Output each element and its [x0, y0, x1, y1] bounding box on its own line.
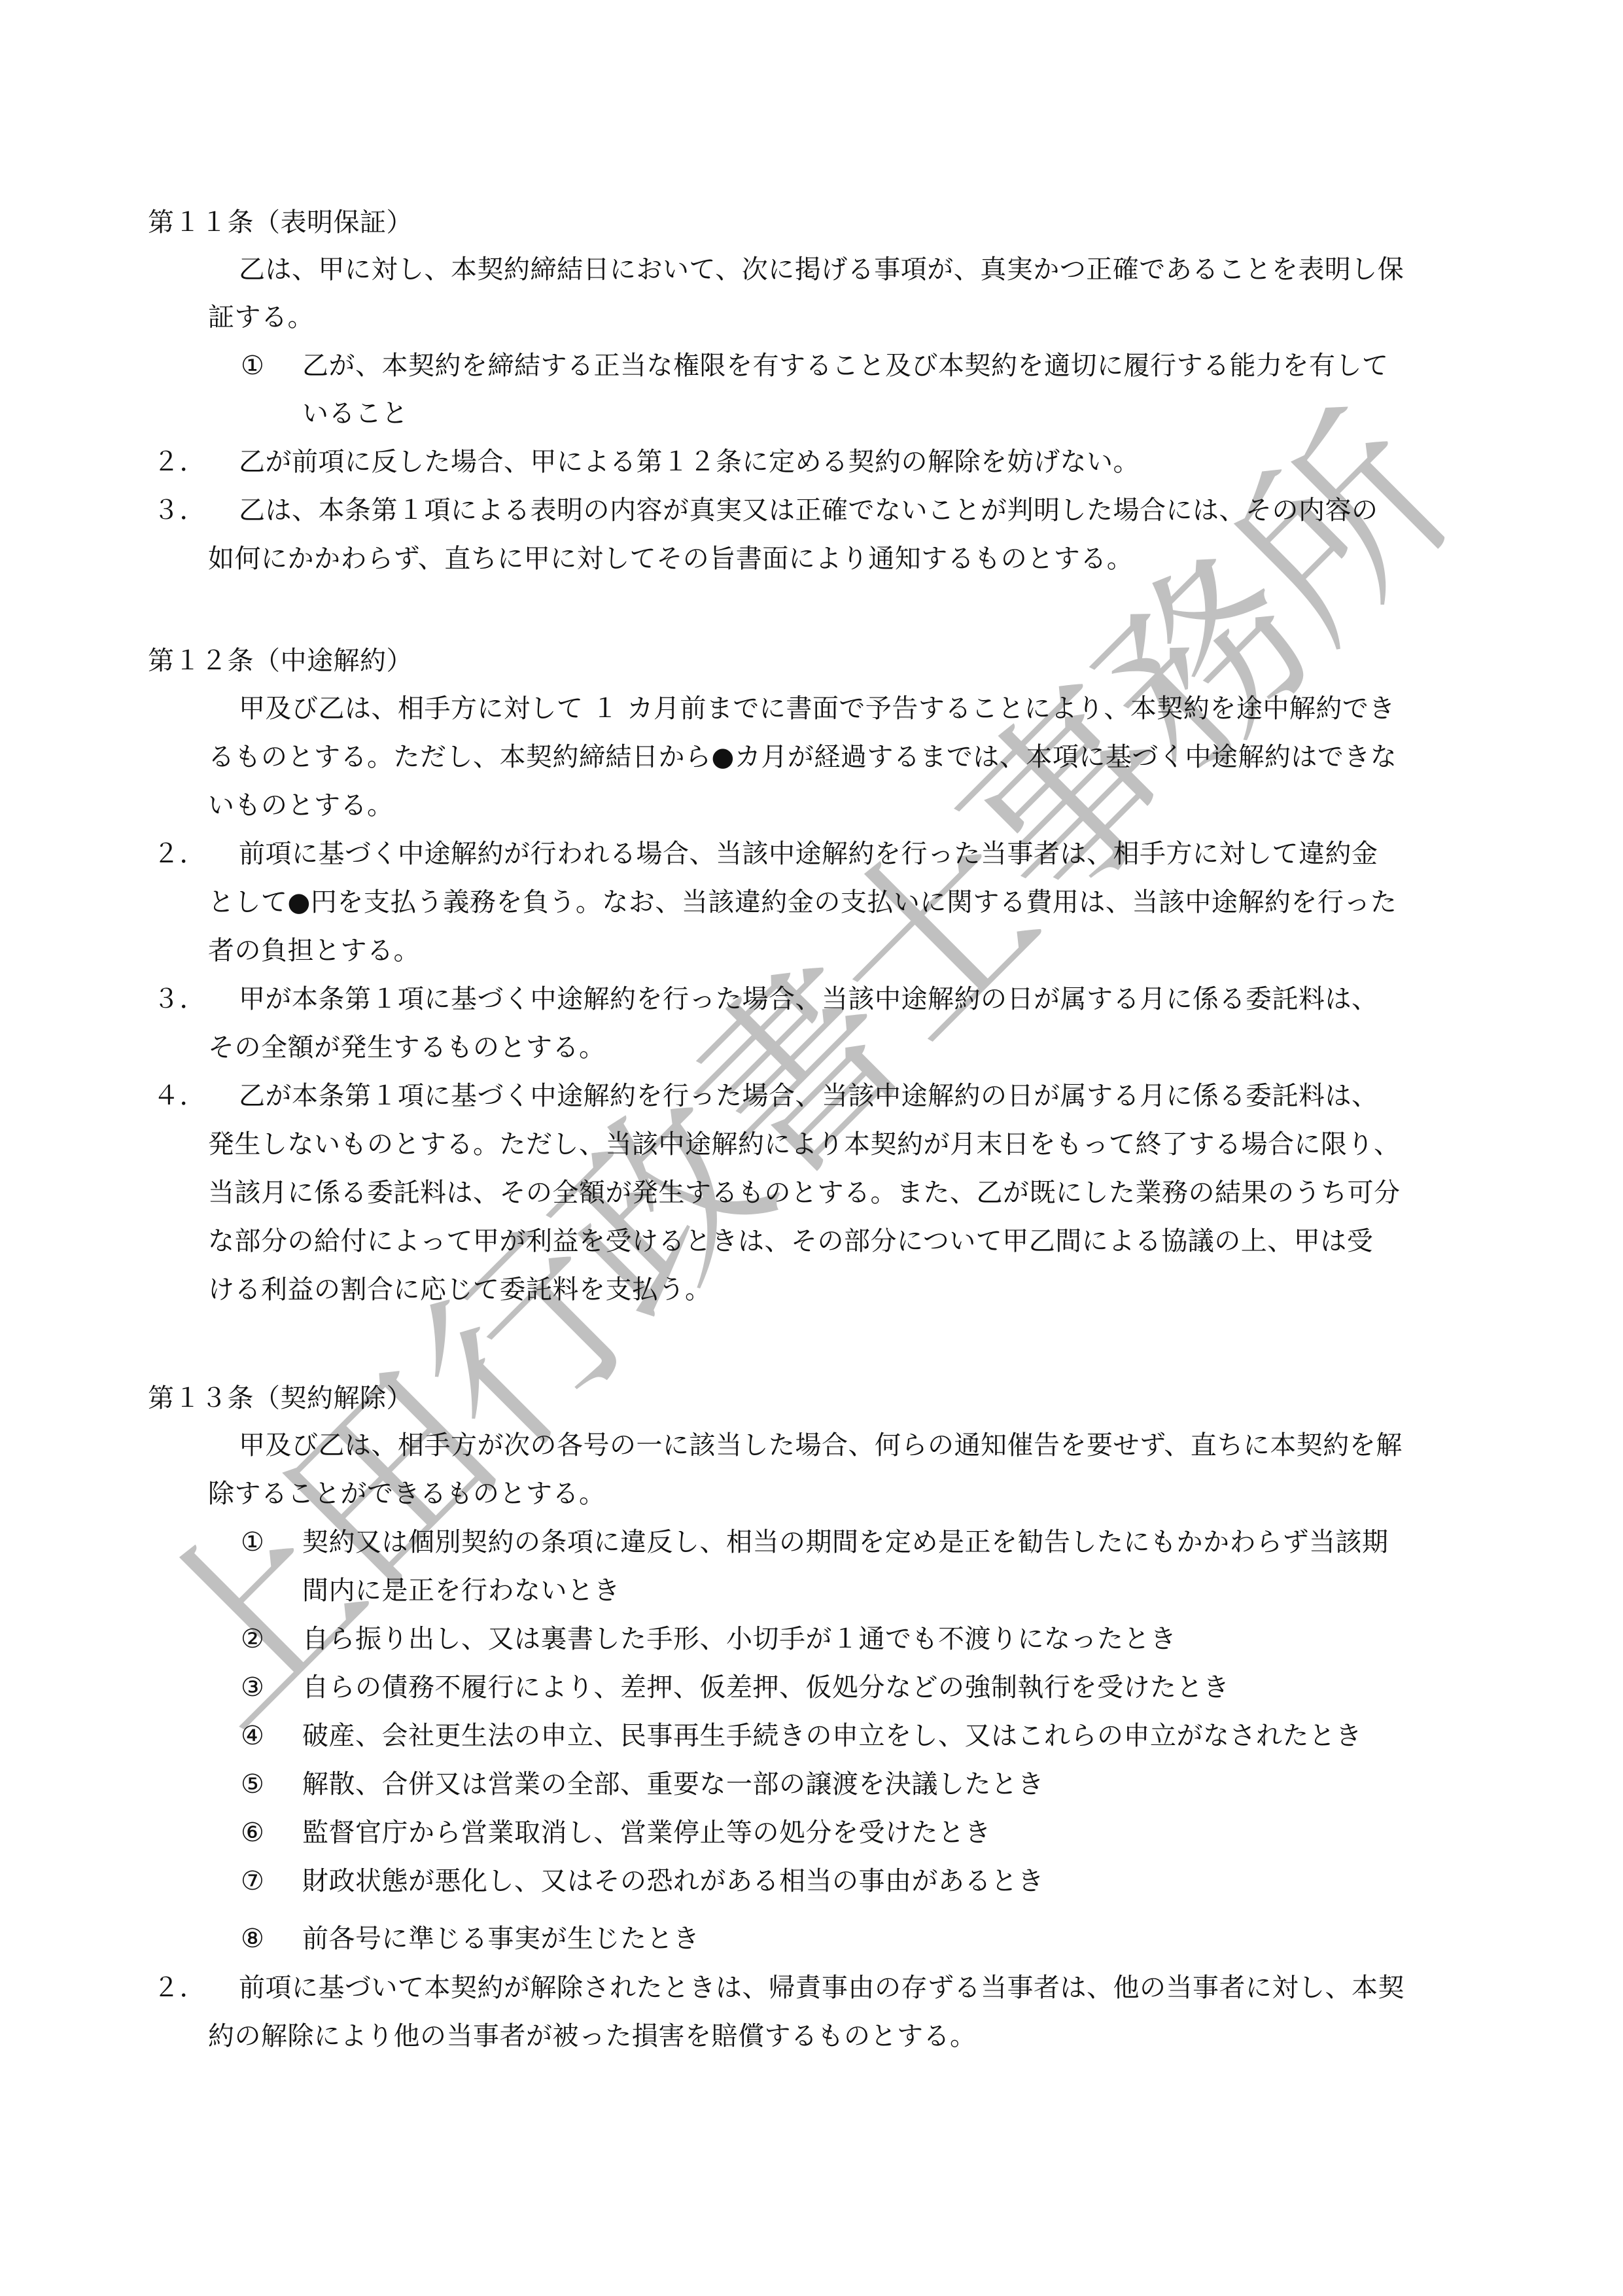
article-13-item-8-line-1: 前各号に準じる事実が生じたとき	[302, 1923, 700, 1954]
article-11-para-3-line-1: 乙は、本条第１項による表明の内容が真実又は正確でないことが判明した場合には、その…	[239, 495, 1378, 526]
article-13-para-1-line-2: 除することができるものとする。	[208, 1478, 606, 1510]
article-11-item-1-line-1: 乙が、本契約を締結する正当な権限を有すること及び本契約を適切に履行する能力を有し…	[302, 350, 1389, 381]
article-13-item-1-marker: ①	[241, 1527, 264, 1558]
article-13-item-2-line-1: 自ら振り出し、又は裏書した手形、小切手が１通でも不渡りになったとき	[302, 1623, 1177, 1655]
article-13-item-7-line-1: 財政状態が悪化し、又はその恐れがある相当の事由があるとき	[302, 1865, 1044, 1897]
article-11-para-3-line-2: 如何にかかわらず、直ちに甲に対してその旨書面により通知するものとする。	[208, 543, 1133, 574]
article-11-item-1-line-2: いること	[302, 398, 408, 429]
article-11-para-2-line-1: 乙が前項に反した場合、甲による第１２条に定める契約の解除を妨げない。	[239, 446, 1140, 478]
article-12-para-3-line-2: その全額が発生するものとする。	[208, 1032, 606, 1063]
article-13-item-4-marker: ④	[241, 1720, 264, 1752]
article-13-item-3-line-1: 自らの債務不履行により、差押、仮差押、仮処分などの強制執行を受けたとき	[302, 1672, 1230, 1703]
article-13-item-8-marker: ⑧	[241, 1923, 264, 1954]
article-12-para-3-line-1: 甲が本条第１項に基づく中途解約を行った場合、当該中途解約の日が属する月に係る委託…	[239, 983, 1378, 1015]
article-13-item-4-line-1: 破産、会社更生法の申立、民事再生手続きの申立をし、又はこれらの申立がなされたとき	[302, 1720, 1362, 1752]
article-13-para-2-line-1: 前項に基づいて本契約が解除されたときは、帰責事由の存ずる当事者は、他の当事者に対…	[239, 1972, 1405, 2004]
article-12-para-2-number: ２．	[153, 838, 206, 870]
article-13-item-1-line-1: 契約又は個別契約の条項に違反し、相当の期間を定め是正を勧告したにもかかわらず当該…	[302, 1527, 1389, 1558]
article-11-para-3-number: ３．	[153, 495, 206, 526]
article-12-para-1-line-2: るものとする。ただし、本契約締結日から●カ月が経過するまでは、本項に基づく中途解…	[208, 741, 1397, 773]
article-12-para-2-line-2: として●円を支払う義務を負う。なお、当該違約金の支払いに関する費用は、当該中途解…	[208, 887, 1397, 918]
article-12-para-4-line-1: 乙が本条第１項に基づく中途解約を行った場合、当該中途解約の日が属する月に係る委託…	[239, 1080, 1378, 1112]
article-13-item-3-marker: ③	[241, 1672, 264, 1703]
article-12-para-2-line-3: 者の負担とする。	[208, 935, 420, 966]
article-13-para-1-line-1: 甲及び乙は、相手方が次の各号の一に該当した場合、何らの通知催告を要せず、直ちに本…	[239, 1430, 1403, 1461]
article-13-item-1-line-2: 間内に是正を行わないとき	[302, 1575, 620, 1606]
article-12-para-2-line-1: 前項に基づく中途解約が行われる場合、当該中途解約を行った当事者は、相手方に対して…	[239, 838, 1378, 870]
article-11-title: 第１１条（表明保証）	[148, 207, 413, 238]
article-13-item-2-marker: ②	[241, 1623, 264, 1655]
article-12-para-4-line-5: ける利益の割合に応じて委託料を支払う。	[208, 1274, 712, 1305]
article-12-title: 第１２条（中途解約）	[148, 645, 413, 677]
document-page: 上田行政書士事務所 第１１条（表明保証） 乙は、甲に対し、本契約締結日において、…	[0, 0, 1623, 2296]
article-12-para-4-number: ４．	[153, 1080, 206, 1112]
article-12-para-3-number: ３．	[153, 983, 206, 1015]
article-11-para-1-line-2: 証する。	[208, 302, 314, 333]
article-12-para-1-line-3: いものとする。	[208, 790, 394, 821]
article-11-item-1-marker: ①	[241, 350, 264, 381]
article-13-item-6-line-1: 監督官庁から営業取消し、営業停止等の処分を受けたとき	[302, 1817, 991, 1848]
article-13-item-5-line-1: 解散、合併又は営業の全部、重要な一部の譲渡を決議したとき	[302, 1769, 1044, 1800]
article-12-para-4-line-3: 当該月に係る委託料は、その全額が発生するものとする。また、乙が既にした業務の結果…	[208, 1177, 1401, 1209]
article-13-title: 第１３条（契約解除）	[148, 1383, 413, 1414]
article-11-para-2-number: ２．	[153, 446, 206, 478]
article-13-item-6-marker: ⑥	[241, 1817, 264, 1848]
article-13-para-2-number: ２．	[153, 1972, 206, 2004]
article-11-para-1-line-1: 乙は、甲に対し、本契約締結日において、次に掲げる事項が、真実かつ正確であることを…	[239, 254, 1404, 285]
article-12-para-4-line-2: 発生しないものとする。ただし、当該中途解約により本契約が月末日をもって終了する場…	[208, 1129, 1401, 1160]
article-12-para-4-line-4: な部分の給付によって甲が利益を受けるときは、その部分について甲乙間による協議の上…	[208, 1226, 1373, 1257]
article-13-para-2-line-2: 約の解除により他の当事者が被った損害を賠償するものとする。	[208, 2021, 977, 2052]
article-13-item-5-marker: ⑤	[241, 1769, 264, 1800]
article-13-item-7-marker: ⑦	[241, 1865, 264, 1897]
article-12-para-1-line-1: 甲及び乙は、相手方に対して １ カ月前までに書面で予告することにより、本契約を途…	[239, 693, 1395, 724]
